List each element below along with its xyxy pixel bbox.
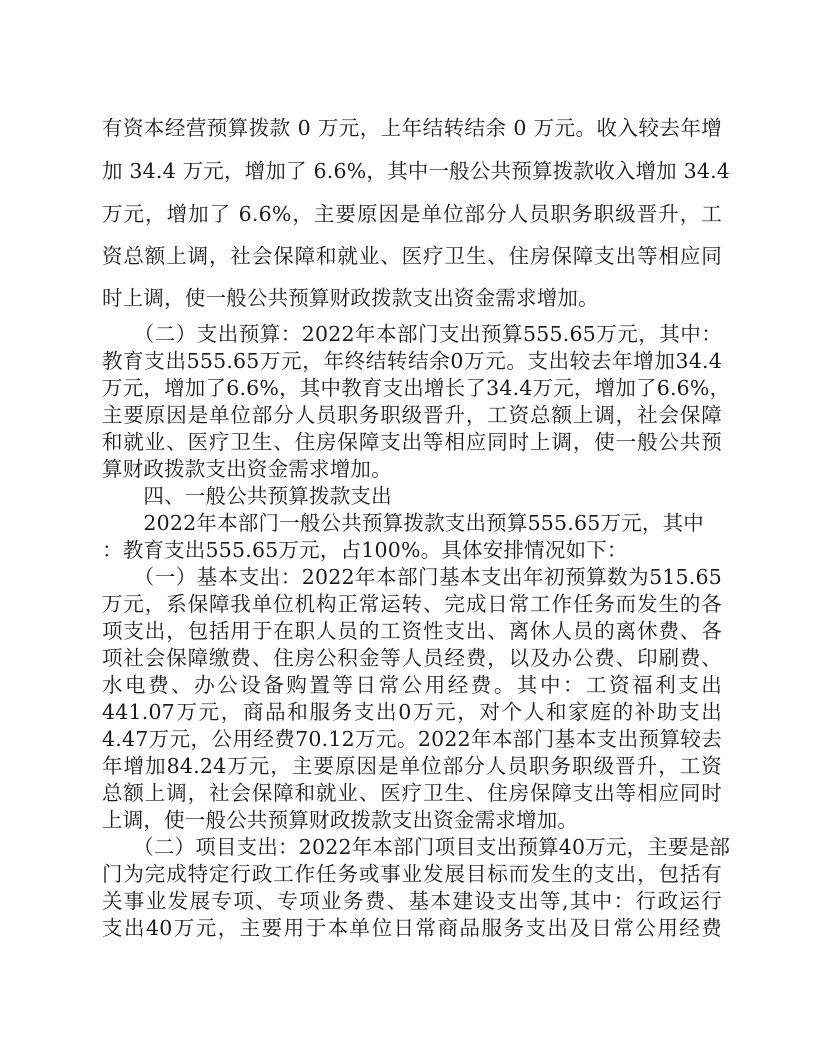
- text-line: 项社会保障缴费、住房公积金等人员经费，以及办公费、印刷费、: [102, 645, 722, 671]
- text-line: 2022年本部门一般公共预算拨款支出预算555.65万元，其中: [102, 510, 742, 536]
- document-page: 有资本经营预算拨款 0 万元，上年结转结余 0 万元。收入较去年增 加 34.4…: [0, 0, 816, 1056]
- text-line: 项支出，包括用于在职人员的工资性支出、离休人员的离休费、各: [102, 618, 722, 644]
- text-line: 支出40万元，主要用于本单位日常商品服务支出及日常公用经费: [102, 915, 722, 941]
- text-line: 年增加84.24万元，主要原因是单位部分人员职务职级晋升，工资: [102, 753, 722, 779]
- text-line: 关事业发展专项、专项业务费、基本建设支出等,其中：行政运行: [102, 888, 722, 914]
- text-line: ：教育支出555.65万元，占100%。具体安排情况如下：: [102, 537, 742, 563]
- text-line: 主要原因是单位部分人员职务职级晋升，工资总额上调，社会保障: [102, 402, 722, 428]
- text-line: 门为完成特定行政工作任务或事业发展目标而发生的支出，包括有: [102, 861, 722, 887]
- section-heading: 四、一般公共预算拨款支出: [102, 483, 742, 509]
- text-line: 4.47万元，公用经费70.12万元。2022年本部门基本支出预算较去: [102, 726, 722, 752]
- text-line: 算财政拨款支出资金需求增加。: [102, 456, 742, 482]
- text-line: 时上调，使一般公共预算财政拨款支出资金需求增加。: [102, 285, 742, 311]
- text-line: 万元，增加了 6.6%，主要原因是单位部分人员职务职级晋升，工: [102, 201, 722, 227]
- text-line: 水电费、办公设备购置等日常公用经费。其中：工资福利支出: [102, 672, 722, 698]
- text-line: 总额上调，社会保障和就业、医疗卫生、住房保障支出等相应同时: [102, 780, 722, 806]
- text-line: （一）基本支出：2022年本部门基本支出年初预算数为515.65: [102, 564, 722, 590]
- text-line: 加 34.4 万元，增加了 6.6%，其中一般公共预算拨款收入增加 34.4: [102, 158, 722, 184]
- text-line: 万元，增加了6.6%，其中教育支出增长了34.4万元，增加了6.6%，: [102, 375, 722, 401]
- text-line: 有资本经营预算拨款 0 万元，上年结转结余 0 万元。收入较去年增: [102, 115, 722, 141]
- text-line: 上调，使一般公共预算财政拨款支出资金需求增加。: [102, 807, 742, 833]
- text-line: 万元，系保障我单位机构正常运转、完成日常工作任务而发生的各: [102, 591, 722, 617]
- text-line: （二）项目支出：2022年本部门项目支出预算40万元，主要是部: [102, 834, 722, 860]
- text-line: 441.07万元，商品和服务支出0万元，对个人和家庭的补助支出: [102, 699, 722, 725]
- text-line: （二）支出预算：2022年本部门支出预算555.65万元，其中：: [102, 321, 722, 347]
- text-line: 和就业、医疗卫生、住房保障支出等相应同时上调，使一般公共预: [102, 429, 722, 455]
- text-line: 资总额上调，社会保障和就业、医疗卫生、住房保障支出等相应同: [102, 243, 722, 269]
- text-line: 教育支出555.65万元，年终结转结余0万元。支出较去年增加34.4: [102, 348, 722, 374]
